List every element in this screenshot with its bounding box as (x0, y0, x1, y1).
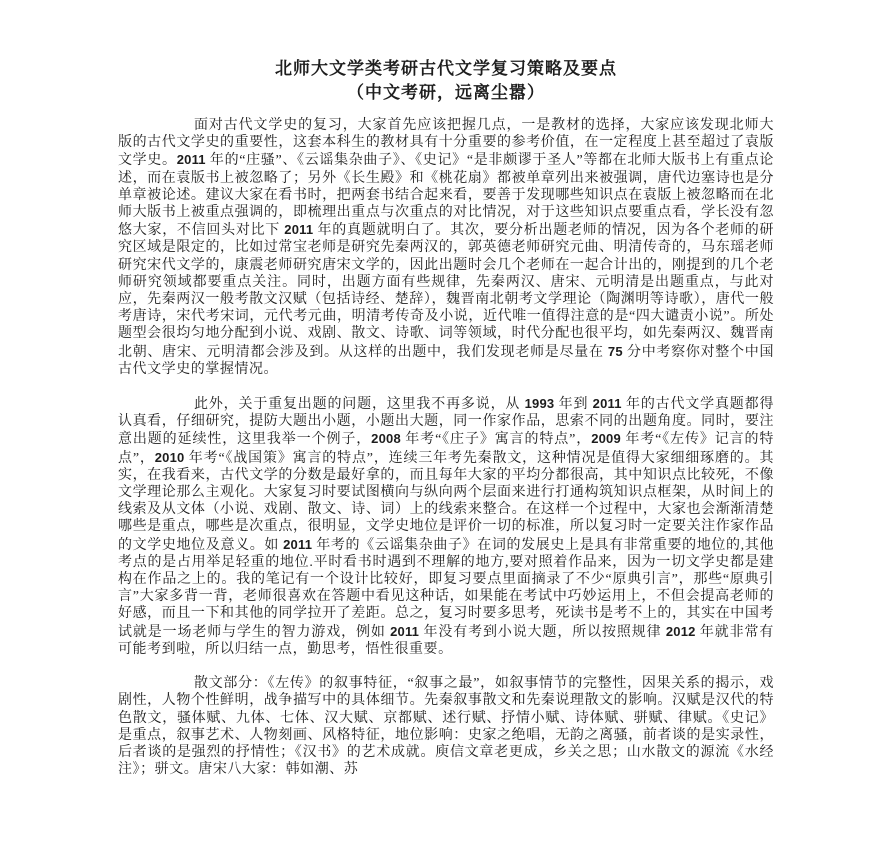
score-number: 75 (608, 344, 623, 359)
year-number: 2008 (371, 431, 401, 446)
paragraph-prose-section: 散文部分：《左传》的叙事特征，“叙事之最”，如叙事情节的完整性，因果关系的揭示，… (118, 675, 774, 778)
year-number: 2011 (283, 537, 312, 552)
year-number: 1993 (525, 396, 555, 411)
document-title: 北师大文学类考研古代文学复习策略及要点 (118, 58, 774, 80)
document-body: 面对古代文学史的复习，大家首先应该把握几点，一是教材的选择，大家应该发现北师大版… (118, 117, 774, 778)
year-number: 2011 (284, 222, 313, 237)
year-number: 2011 (390, 624, 419, 639)
text-run: 年没有考到小说大题，所以按照规律 (419, 625, 666, 640)
year-number: 2011 (593, 396, 622, 411)
text-run: 此外，关于重复出题的问题，这里我不再多说，从 (194, 397, 525, 412)
text-run: 年的真题就明白了。其次，要分析出题老师的情况，因为各个老师的研究区域是限定的，比… (118, 223, 774, 359)
paragraph-intro: 面对古代文学史的复习，大家首先应该把握几点，一是教材的选择，大家应该发现北师大版… (118, 117, 774, 378)
document-page: 北师大文学类考研古代文学复习策略及要点 （中文考研，远离尘嚣） 面对古代文学史的… (0, 0, 870, 842)
year-number: 2012 (666, 624, 696, 639)
document-subtitle: （中文考研，远离尘嚣） (118, 82, 774, 104)
year-number: 2009 (591, 431, 621, 446)
year-number: 2010 (155, 450, 185, 465)
text-run: 年考“《庄子》寓言的特点”， (401, 432, 591, 447)
text-run: 散文部分：《左传》的叙事特征，“叙事之最”，如叙事情节的完整性，因果关系的揭示，… (118, 676, 774, 777)
paragraph-exam-analysis: 此外，关于重复出题的问题，这里我不再多说，从 1993 年到 2011 年的古代… (118, 395, 774, 658)
text-run: 年到 (554, 397, 592, 412)
year-number: 2011 (177, 152, 206, 167)
